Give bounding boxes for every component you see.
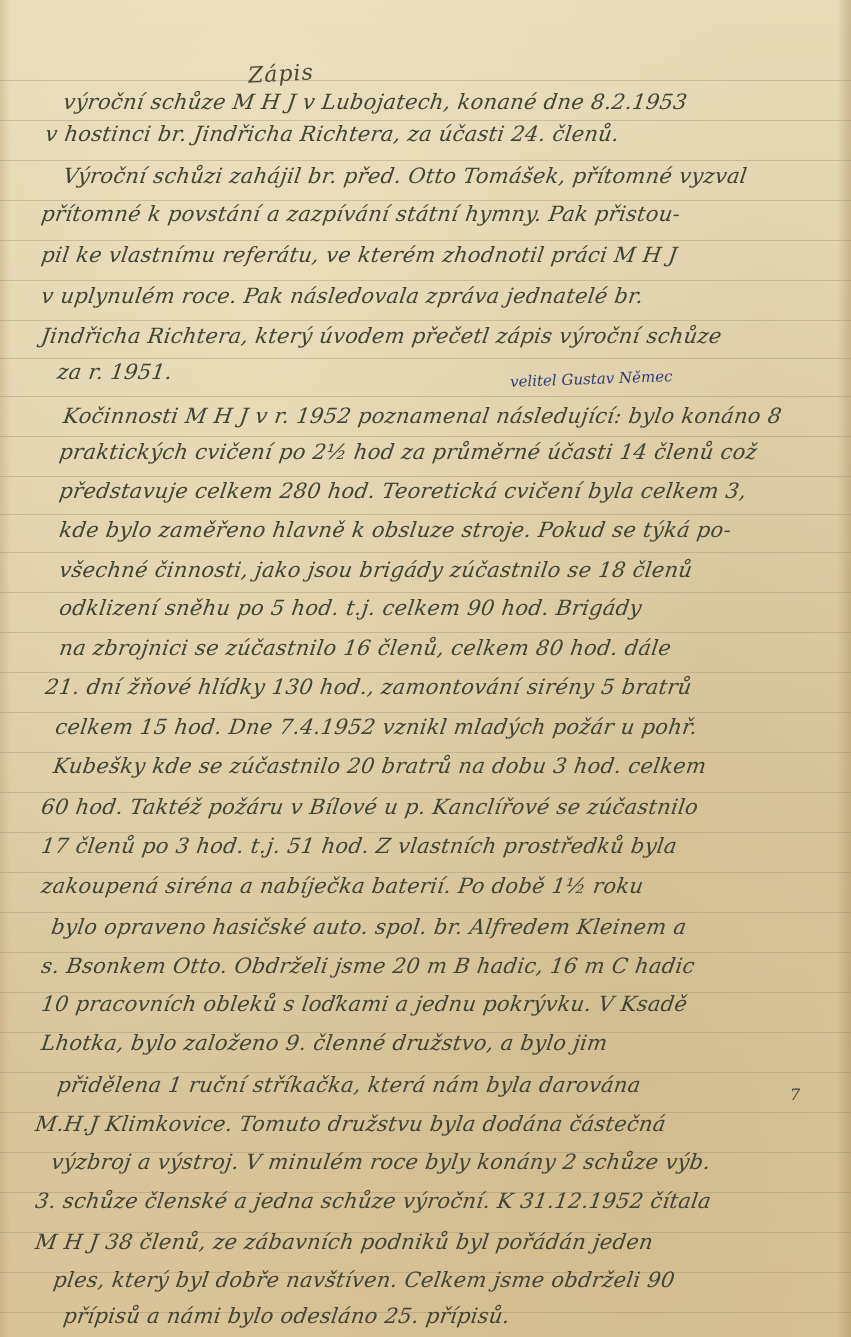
text-line: praktických cvičení po 2½ hod za průměrn… (58, 442, 759, 463)
ruled-line (0, 912, 851, 913)
text-line: Jindřicha Richtera, který úvodem přečetl… (40, 326, 723, 347)
ruled-line (0, 514, 851, 515)
text-line: Lhotka, bylo založeno 9. členné družstvo… (40, 1033, 609, 1054)
ruled-line (0, 632, 851, 633)
ruled-line (0, 200, 851, 201)
text-line: všechné činnosti, jako jsou brigády zúča… (58, 560, 694, 581)
ruled-line (0, 120, 851, 121)
page-number: 7 (790, 1085, 800, 1104)
ruled-line (0, 672, 851, 673)
text-line: představuje celkem 280 hod. Teoretická c… (58, 481, 748, 502)
text-line: 21. dní žňové hlídky 130 hod., zamontová… (44, 677, 693, 698)
ruled-line (0, 476, 851, 477)
text-line: přítomné k povstání a zazpívání státní h… (40, 204, 682, 225)
text-line: 3. schůze členské a jedna schůze výroční… (34, 1191, 713, 1212)
ruled-line (0, 952, 851, 953)
document-page: Zápis velitel Gustav Němec 7 výroční sch… (0, 0, 851, 1337)
ruled-line (0, 436, 851, 437)
text-line: kde bylo zaměřeno hlavně k obsluze stroj… (58, 520, 732, 541)
ruled-line (0, 396, 851, 397)
text-line: přípisů a námi bylo odesláno 25. přípisů… (62, 1306, 511, 1327)
ruled-line (0, 872, 851, 873)
text-line: Kubešky kde se zúčastnilo 20 bratrů na d… (52, 756, 708, 777)
ruled-line (0, 160, 851, 161)
ruled-line (0, 592, 851, 593)
text-line: v hostinci br. Jindřicha Richtera, za úč… (44, 124, 621, 145)
text-line: odklizení sněhu po 5 hod. t.j. celkem 90… (58, 598, 643, 619)
ruled-line (0, 80, 851, 81)
text-line: bylo opraveno hasičské auto. spol. br. A… (50, 917, 688, 938)
text-line: v uplynulém roce. Pak následovala zpráva… (40, 286, 645, 307)
text-line: za r. 1951. (56, 362, 174, 383)
text-line: Výroční schůzi zahájil br. před. Otto To… (62, 166, 748, 187)
margin-annotation: velitel Gustav Němec (510, 367, 673, 391)
text-line: M H J 38 členů, ze zábavních podniků byl… (34, 1232, 654, 1253)
ruled-line (0, 280, 851, 281)
text-line: na zbrojnici se zúčastnilo 16 členů, cel… (58, 638, 673, 659)
text-line: s. Bsonkem Otto. Obdrželi jsme 20 m B ha… (40, 956, 696, 977)
ruled-line (0, 320, 851, 321)
text-line: ples, který byl dobře navštíven. Celkem … (52, 1270, 676, 1291)
text-line: pil ke vlastnímu referátu, ve kterém zho… (40, 245, 679, 266)
text-line: 17 členů po 3 hod. t.j. 51 hod. Z vlastn… (40, 836, 678, 857)
document-title: Zápis (247, 60, 314, 88)
ruled-line (0, 240, 851, 241)
text-line: 60 hod. Taktéž požáru v Bílové u p. Kanc… (40, 797, 700, 818)
ruled-line (0, 752, 851, 753)
text-line: celkem 15 hod. Dne 7.4.1952 vznikl mladý… (54, 717, 699, 738)
text-line: výroční schůze M H J v Lubojatech, konan… (62, 92, 689, 113)
text-line: zakoupená siréna a nabíječka baterií. Po… (40, 876, 645, 897)
ruled-line (0, 358, 851, 359)
text-line: přidělena 1 ruční stříkačka, která nám b… (56, 1075, 642, 1096)
ruled-line (0, 712, 851, 713)
text-line: M.H.J Klimkovice. Tomuto družstvu byla d… (34, 1114, 667, 1135)
ruled-line (0, 552, 851, 553)
text-line: Kočinnosti M H J v r. 1952 poznamenal ná… (62, 406, 783, 427)
ruled-line (0, 792, 851, 793)
text-line: výzbroj a výstroj. V minulém roce byly k… (50, 1152, 712, 1173)
text-line: 10 pracovních obleků s loďkami a jednu p… (40, 994, 689, 1015)
ruled-line (0, 832, 851, 833)
